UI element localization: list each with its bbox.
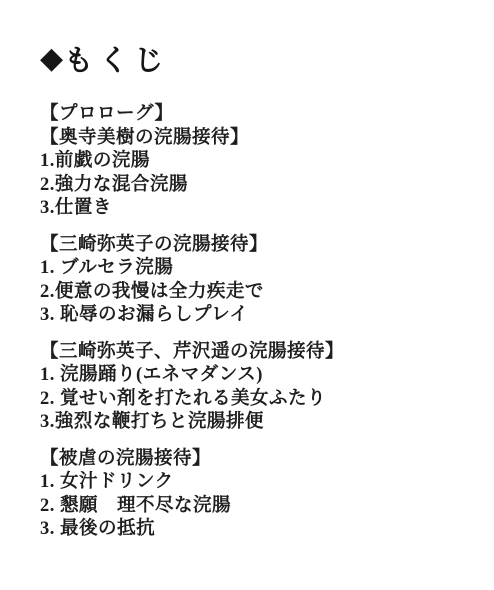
toc-item: 1.前戯の浣腸 [40,150,464,174]
toc-item: 2. 懇願 理不尽な浣腸 [40,495,464,519]
toc-item: 1. 女汁ドリンク [40,471,464,495]
toc-item: 3.強烈な鞭打ちと浣腸排便 [40,411,464,435]
page-title: もくじ [64,38,169,79]
toc-item: 1. 浣腸踊り(エネマダンス) [40,364,464,388]
toc-section-heading: 【三崎弥英子、芹沢遥の浣腸接待】 [40,341,464,365]
toc-section-heading: 【三崎弥英子の浣腸接待】 [40,234,464,258]
toc-section-heading: 【奥寺美樹の浣腸接待】 [40,127,464,151]
toc-item: 3. 最後の抵抗 [40,518,464,542]
toc-section-4: 【被虐の浣腸接待】 1. 女汁ドリンク 2. 懇願 理不尽な浣腸 3. 最後の抵… [40,448,464,542]
document-page: ◆ もくじ 【プロローグ】 【奥寺美樹の浣腸接待】 1.前戯の浣腸 2.強力な混… [0,0,494,590]
toc-item: 1. ブルセラ浣腸 [40,257,464,281]
page-title-row: ◆ もくじ [40,38,464,79]
diamond-icon: ◆ [40,44,63,74]
toc-section-2: 【三崎弥英子の浣腸接待】 1. ブルセラ浣腸 2.便意の我慢は全力疾走で 3. … [40,234,464,328]
toc-item: 2. 覚せい剤を打たれる美女ふたり [40,388,464,412]
toc-item: 2.強力な混合浣腸 [40,174,464,198]
toc-section-1: 【プロローグ】 【奥寺美樹の浣腸接待】 1.前戯の浣腸 2.強力な混合浣腸 3.… [40,103,464,221]
toc-section-heading: 【プロローグ】 [40,103,464,127]
table-of-contents: 【プロローグ】 【奥寺美樹の浣腸接待】 1.前戯の浣腸 2.強力な混合浣腸 3.… [40,103,464,542]
toc-item: 3. 恥辱のお漏らしプレイ [40,304,464,328]
toc-section-3: 【三崎弥英子、芹沢遥の浣腸接待】 1. 浣腸踊り(エネマダンス) 2. 覚せい剤… [40,341,464,435]
toc-item: 2.便意の我慢は全力疾走で [40,281,464,305]
toc-item: 3.仕置き [40,197,464,221]
toc-section-heading: 【被虐の浣腸接待】 [40,448,464,472]
